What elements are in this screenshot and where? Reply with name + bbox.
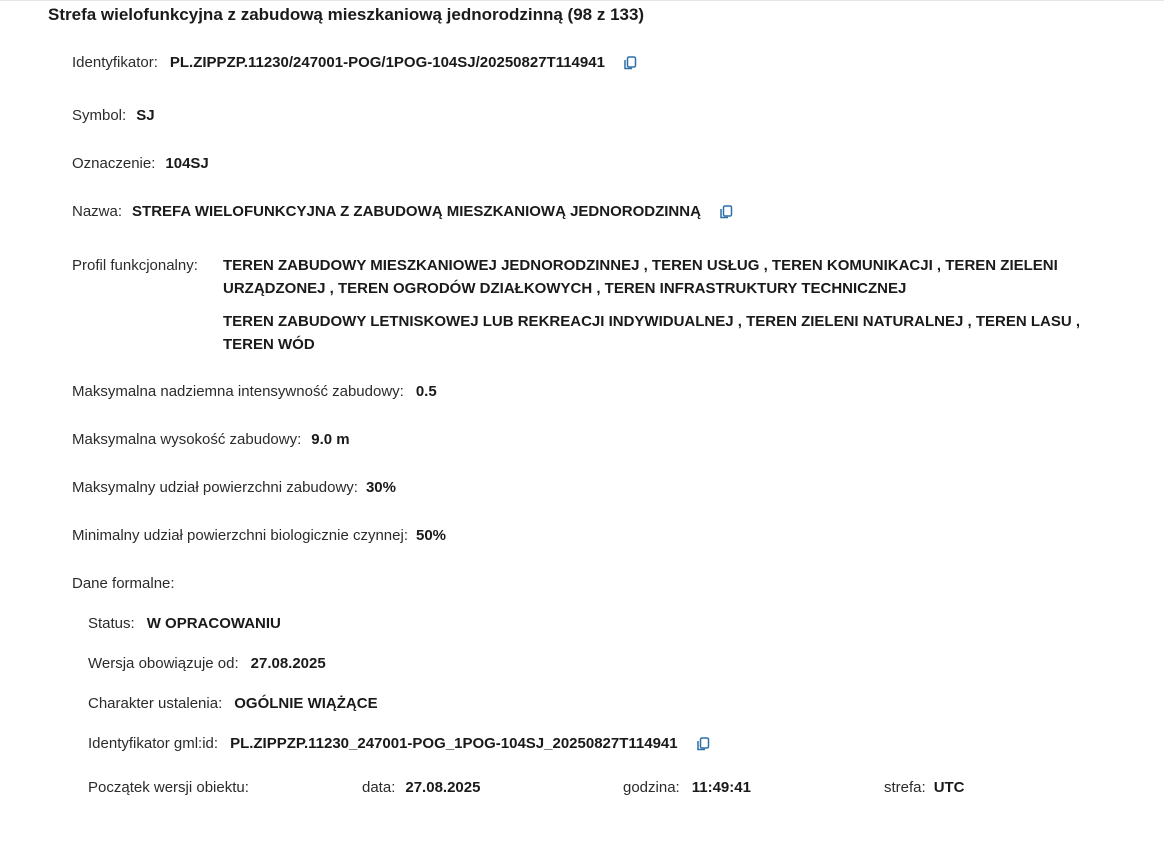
field-label: Nazwa: xyxy=(72,203,122,220)
field-label: Oznaczenie: xyxy=(72,155,155,172)
field-poczatek-wersji-label: Początek wersji obiektu: xyxy=(88,779,249,796)
field-value: UTC xyxy=(934,779,965,796)
field-label: Charakter ustalenia: xyxy=(88,695,222,712)
field-identyfikator-gml-id: Identyfikator gml:id: PL.ZIPPZP.11230_24… xyxy=(88,735,710,752)
formal-data-heading: Dane formalne: xyxy=(72,575,175,592)
field-value: 50% xyxy=(416,527,446,544)
field-intensywnosc: Maksymalna nadziemna intensywność zabudo… xyxy=(72,383,437,400)
field-value: STREFA WIELOFUNKCYJNA Z ZABUDOWĄ MIESZKA… xyxy=(132,203,701,220)
profile-value-line: TEREN ZABUDOWY LETNISKOWEJ LUB REKREACJI… xyxy=(223,310,1103,356)
field-label: data: xyxy=(362,779,395,796)
field-value: 11:49:41 xyxy=(692,779,751,796)
field-value: OGÓLNIE WIĄŻĄCE xyxy=(234,695,377,712)
field-oznaczenie: Oznaczenie: 104SJ xyxy=(72,155,209,172)
field-value: 30% xyxy=(366,479,396,496)
field-label: Status: xyxy=(88,615,135,632)
field-charakter-ustalenia: Charakter ustalenia: OGÓLNIE WIĄŻĄCE xyxy=(88,695,378,712)
field-label: strefa: xyxy=(884,779,926,796)
field-nazwa: Nazwa: STREFA WIELOFUNKCYJNA Z ZABUDOWĄ … xyxy=(72,203,733,220)
status-value: W OPRACOWANIU xyxy=(147,615,281,632)
field-symbol: Symbol: SJ xyxy=(72,107,155,124)
field-label: Maksymalna wysokość zabudowy: xyxy=(72,431,301,448)
copy-icon[interactable] xyxy=(719,205,733,219)
field-label: Symbol: xyxy=(72,107,126,124)
field-label: Maksymalny udział powierzchni zabudowy: xyxy=(72,479,358,496)
field-label: Identyfikator: xyxy=(72,54,158,71)
field-wersja-obowiazuje-od: Wersja obowiązuje od: 27.08.2025 xyxy=(88,655,326,672)
field-value: 27.08.2025 xyxy=(405,779,480,796)
field-label: Profil funkcjonalny: xyxy=(72,254,223,366)
field-value: SJ xyxy=(136,107,154,124)
profile-values: TEREN ZABUDOWY MIESZKANIOWEJ JEDNORODZIN… xyxy=(223,254,1103,366)
field-status: Status: W OPRACOWANIU xyxy=(88,615,281,632)
field-label: Wersja obowiązuje od: xyxy=(88,655,239,672)
page-title: Strefa wielofunkcyjna z zabudową mieszka… xyxy=(48,5,644,25)
field-value: PL.ZIPPZP.11230/247001-POG/1POG-104SJ/20… xyxy=(170,54,605,71)
field-wysokosc: Maksymalna wysokość zabudowy: 9.0 m xyxy=(72,431,350,448)
field-identyfikator: Identyfikator: PL.ZIPPZP.11230/247001-PO… xyxy=(72,54,637,71)
field-label: godzina: xyxy=(623,779,680,796)
field-poczatek-godzina: godzina:11:49:41 xyxy=(623,779,751,796)
field-label: Początek wersji obiektu: xyxy=(88,779,249,796)
field-value: 0.5 xyxy=(416,383,437,400)
field-value: 9.0 m xyxy=(311,431,349,448)
field-poczatek-data: data:27.08.2025 xyxy=(362,779,480,796)
top-divider xyxy=(0,0,1164,1)
field-value: 104SJ xyxy=(165,155,208,172)
field-value: 27.08.2025 xyxy=(251,655,326,672)
field-label: Maksymalna nadziemna intensywność zabudo… xyxy=(72,383,404,400)
field-profil-funkcjonalny: Profil funkcjonalny: TEREN ZABUDOWY MIES… xyxy=(72,254,1103,366)
profile-value-line: TEREN ZABUDOWY MIESZKANIOWEJ JEDNORODZIN… xyxy=(223,254,1103,300)
field-udzial-biologicznie-czynnej: Minimalny udział powierzchni biologiczni… xyxy=(72,527,446,544)
section-label: Dane formalne: xyxy=(72,575,175,592)
field-label: Identyfikator gml:id: xyxy=(88,735,218,752)
field-poczatek-strefa: strefa:UTC xyxy=(884,779,965,796)
field-udzial-zabudowy: Maksymalny udział powierzchni zabudowy: … xyxy=(72,479,396,496)
field-label: Minimalny udział powierzchni biologiczni… xyxy=(72,527,408,544)
copy-icon[interactable] xyxy=(623,56,637,70)
field-value: PL.ZIPPZP.11230_247001-POG_1POG-104SJ_20… xyxy=(230,735,678,752)
copy-icon[interactable] xyxy=(696,737,710,751)
